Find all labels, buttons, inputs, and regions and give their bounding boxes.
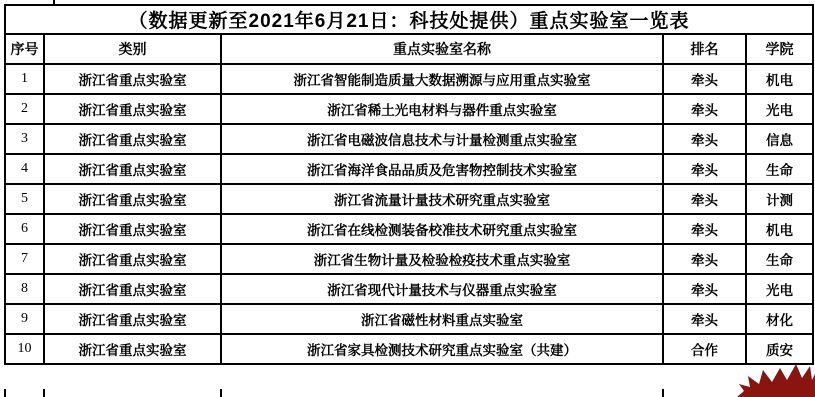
cell-lab-name: 浙江省电磁波信息技术与计量检测重点实验室	[221, 124, 663, 154]
cell-category: 浙江省重点实验室	[44, 214, 221, 244]
table-row: 5浙江省重点实验室浙江省流量计量技术研究重点实验室牵头计测	[5, 184, 813, 214]
cell-category: 浙江省重点实验室	[44, 244, 221, 274]
cell-lab-name: 浙江省在线检测装备校准技术研究重点实验室	[221, 214, 663, 244]
cell-index: 4	[5, 154, 44, 184]
cell-index: 10	[5, 334, 44, 364]
cell-lab-name: 浙江省海洋食品品质及危害物控制技术实验室	[221, 154, 663, 184]
cell-index: 8	[5, 274, 44, 304]
cell-rank: 牵头	[663, 124, 746, 154]
cell-rank: 牵头	[663, 274, 746, 304]
cropped-grid-line	[43, 389, 45, 397]
column-header-lab-name: 重点实验室名称	[221, 34, 663, 64]
table-row: 9浙江省重点实验室浙江省磁性材料重点实验室牵头材化	[5, 304, 813, 334]
table-row: 10浙江省重点实验室浙江省家具检测技术研究重点实验室（共建）合作质安	[5, 334, 813, 364]
cell-rank: 牵头	[663, 94, 746, 124]
cropped-grid-line	[662, 389, 664, 397]
cell-index: 6	[5, 214, 44, 244]
red-corner-watermark-shape	[737, 364, 815, 397]
column-header-category: 类别	[44, 34, 221, 64]
cell-college: 生命	[746, 244, 813, 274]
table-row: 2浙江省重点实验室浙江省稀土光电材料与器件重点实验室牵头光电	[5, 94, 813, 124]
cell-college: 计测	[746, 184, 813, 214]
cell-category: 浙江省重点实验室	[44, 334, 221, 364]
cell-category: 浙江省重点实验室	[44, 274, 221, 304]
table-row: 4浙江省重点实验室浙江省海洋食品品质及危害物控制技术实验室牵头生命	[5, 154, 813, 184]
cell-rank: 牵头	[663, 214, 746, 244]
cell-college: 机电	[746, 64, 813, 94]
table-row: 1浙江省重点实验室浙江省智能制造质量大数据溯源与应用重点实验室牵头机电	[5, 64, 813, 94]
cell-lab-name: 浙江省现代计量技术与仪器重点实验室	[221, 274, 663, 304]
cell-lab-name: 浙江省生物计量及检验检疫技术重点实验室	[221, 244, 663, 274]
cell-college: 光电	[746, 94, 813, 124]
document-page: （数据更新至2021年6月21日：科技处提供）重点实验室一览表 序号 类别 重点…	[0, 0, 815, 397]
title-row: （数据更新至2021年6月21日：科技处提供）重点实验室一览表	[5, 5, 813, 34]
cell-lab-name: 浙江省智能制造质量大数据溯源与应用重点实验室	[221, 64, 663, 94]
cell-rank: 牵头	[663, 304, 746, 334]
cell-lab-name: 浙江省家具检测技术研究重点实验室（共建）	[221, 334, 663, 364]
table-row: 7浙江省重点实验室浙江省生物计量及检验检疫技术重点实验室牵头生命	[5, 244, 813, 274]
table-row: 3浙江省重点实验室浙江省电磁波信息技术与计量检测重点实验室牵头信息	[5, 124, 813, 154]
cell-category: 浙江省重点实验室	[44, 304, 221, 334]
cropped-grid-line	[53, 0, 55, 4]
cell-category: 浙江省重点实验室	[44, 64, 221, 94]
cell-college: 材化	[746, 304, 813, 334]
cell-index: 3	[5, 124, 44, 154]
cell-category: 浙江省重点实验室	[44, 184, 221, 214]
cell-rank: 牵头	[663, 154, 746, 184]
red-corner-watermark	[731, 355, 815, 397]
cell-rank: 牵头	[663, 64, 746, 94]
table-title: （数据更新至2021年6月21日：科技处提供）重点实验室一览表	[5, 5, 813, 34]
cropped-grid-line	[220, 389, 222, 397]
cell-college: 光电	[746, 274, 813, 304]
cropped-grid-line	[4, 389, 6, 397]
cell-college: 机电	[746, 214, 813, 244]
table-row: 8浙江省重点实验室浙江省现代计量技术与仪器重点实验室牵头光电	[5, 274, 813, 304]
labs-table: （数据更新至2021年6月21日：科技处提供）重点实验室一览表 序号 类别 重点…	[4, 4, 814, 365]
column-header-index: 序号	[5, 34, 44, 64]
header-row: 序号 类别 重点实验室名称 排名 学院	[5, 34, 813, 64]
cell-index: 9	[5, 304, 44, 334]
cell-category: 浙江省重点实验室	[44, 94, 221, 124]
cell-rank: 牵头	[663, 184, 746, 214]
cell-lab-name: 浙江省稀土光电材料与器件重点实验室	[221, 94, 663, 124]
cell-index: 7	[5, 244, 44, 274]
cell-category: 浙江省重点实验室	[44, 124, 221, 154]
table-row: 6浙江省重点实验室浙江省在线检测装备校准技术研究重点实验室牵头机电	[5, 214, 813, 244]
cell-lab-name: 浙江省磁性材料重点实验室	[221, 304, 663, 334]
cell-category: 浙江省重点实验室	[44, 154, 221, 184]
column-header-college: 学院	[746, 34, 813, 64]
cell-index: 2	[5, 94, 44, 124]
cell-index: 5	[5, 184, 44, 214]
cell-college: 生命	[746, 154, 813, 184]
cell-lab-name: 浙江省流量计量技术研究重点实验室	[221, 184, 663, 214]
cell-rank: 牵头	[663, 244, 746, 274]
cell-college: 信息	[746, 124, 813, 154]
table-body: 1浙江省重点实验室浙江省智能制造质量大数据溯源与应用重点实验室牵头机电2浙江省重…	[5, 64, 813, 364]
column-header-rank: 排名	[663, 34, 746, 64]
cell-index: 1	[5, 64, 44, 94]
